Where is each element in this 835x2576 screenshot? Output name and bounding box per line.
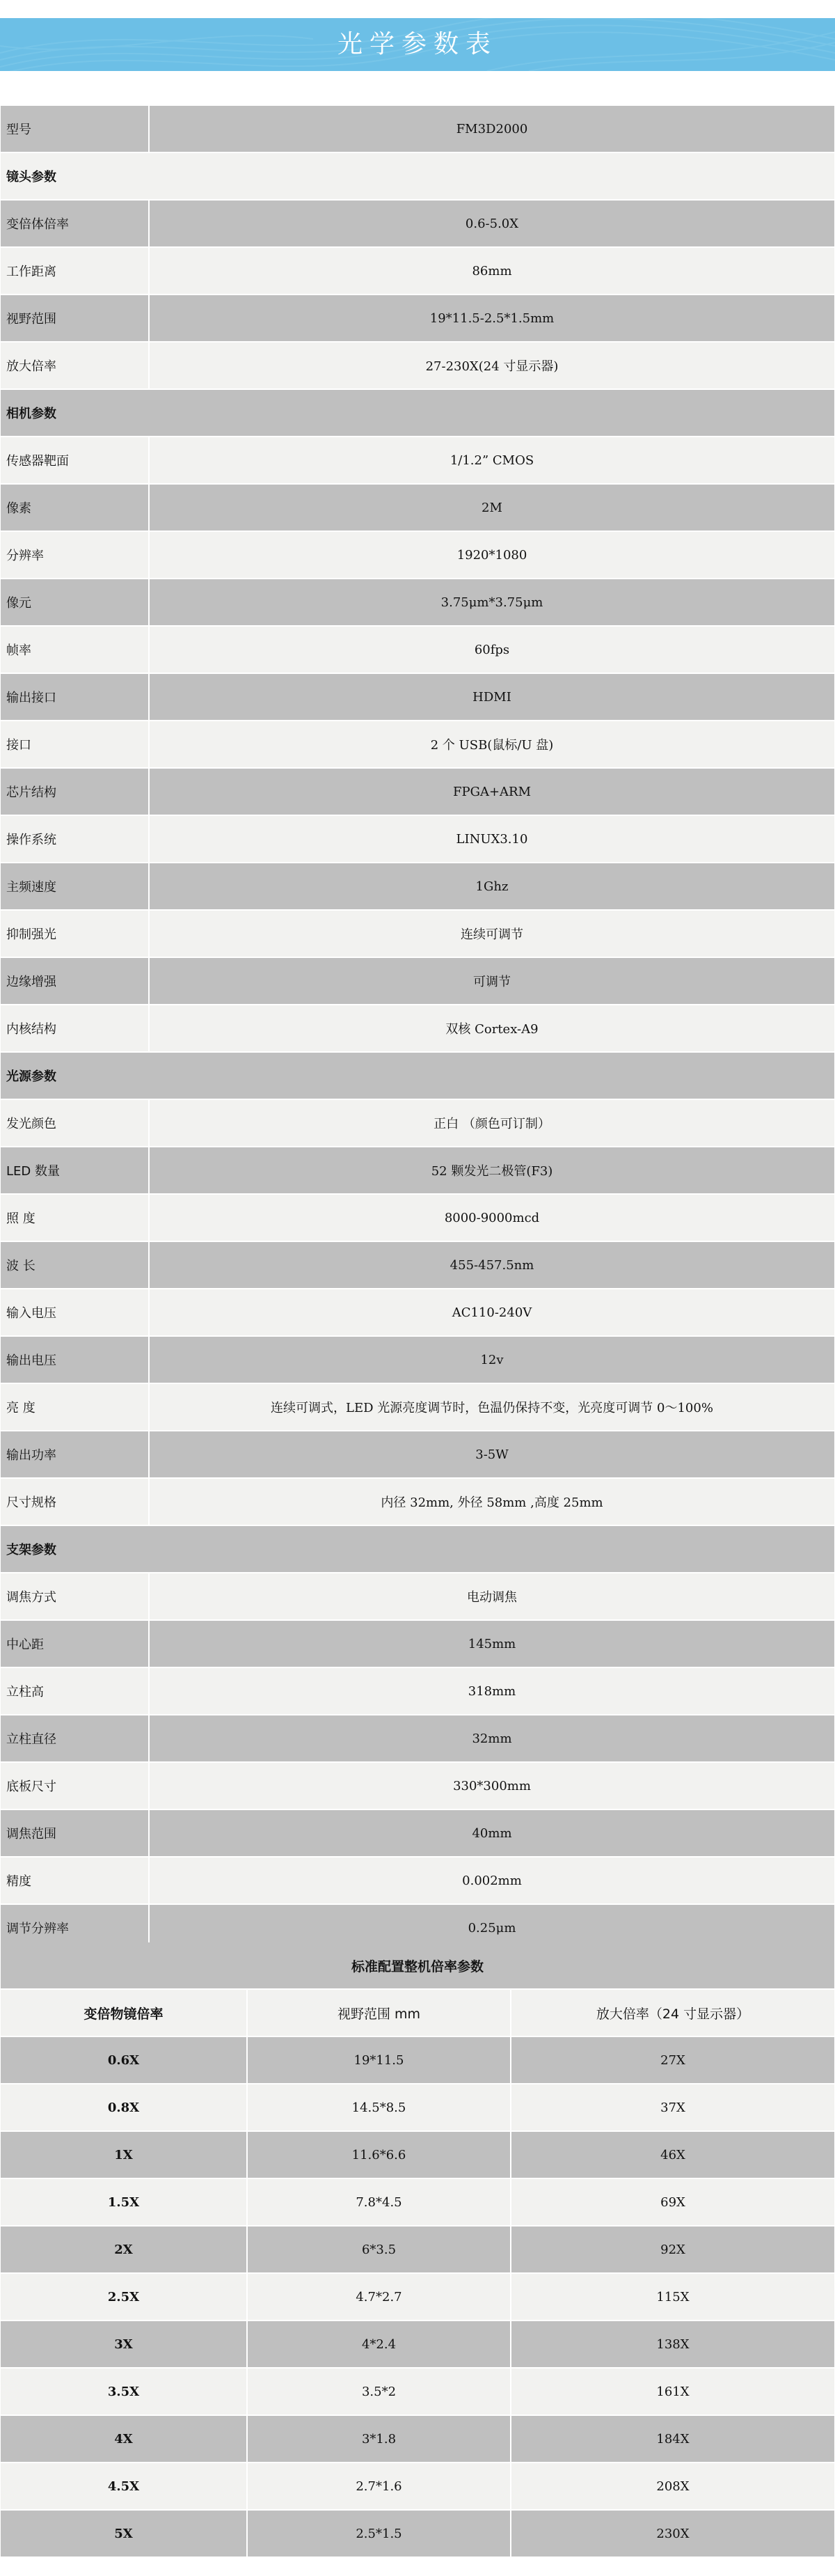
spec-value: 318mm xyxy=(150,1668,834,1714)
spec-value: 1/1.2” CMOS xyxy=(150,437,834,483)
spec-row: 接口2 个 USB(鼠标/U 盘) xyxy=(1,721,834,767)
spec-row: 抑制强光连续可调节 xyxy=(1,911,834,957)
spec-value: 2 个 USB(鼠标/U 盘) xyxy=(150,721,834,767)
mag-row: 1X11.6*6.646X xyxy=(1,2132,834,2178)
spec-row: 变倍体倍率0.6-5.0X xyxy=(1,201,834,246)
spec-row: 尺寸规格内径 32mm, 外径 58mm ,高度 25mm xyxy=(1,1479,834,1525)
spec-row: 输出电压12v xyxy=(1,1337,834,1383)
spec-value: 3.75μm*3.75μm xyxy=(150,579,834,625)
spec-row: 立柱高318mm xyxy=(1,1668,834,1714)
mag-row: 5X2.5*1.5230X xyxy=(1,2511,834,2557)
spec-label: 主频速度 xyxy=(1,863,148,909)
spec-value: 12v xyxy=(150,1337,834,1383)
spec-value: 1920*1080 xyxy=(150,532,834,578)
mag-cell: 184X xyxy=(511,2416,834,2462)
section-header: 光源参数 xyxy=(1,1053,834,1099)
mag-cell: 7.8*4.5 xyxy=(248,2179,510,2225)
mag-cell: 2X xyxy=(1,2226,246,2272)
spec-row: 操作系统LINUX3.10 xyxy=(1,816,834,862)
spec-row: 工作距离86mm xyxy=(1,248,834,294)
spec-row: 主频速度1Ghz xyxy=(1,863,834,909)
column-header: 变倍物镜倍率 xyxy=(1,1990,246,2036)
mag-cell: 2.5X xyxy=(1,2274,246,2320)
mag-row: 0.6X19*11.527X xyxy=(1,2037,834,2083)
section-title: 镜头参数 xyxy=(1,153,834,199)
spec-label: LED 数量 xyxy=(1,1147,148,1193)
spec-row: 内核结构双核 Cortex-A9 xyxy=(1,1005,834,1051)
spec-label: 输入电压 xyxy=(1,1289,148,1335)
spec-value: 60fps xyxy=(150,627,834,673)
spec-row: 底板尺寸330*300mm xyxy=(1,1763,834,1809)
spec-value: 27-230X(24 寸显示器) xyxy=(150,343,834,388)
spec-value: 455-457.5nm xyxy=(150,1242,834,1288)
spec-row: 精度0.002mm xyxy=(1,1858,834,1903)
spec-label: 工作距离 xyxy=(1,248,148,294)
spec-value: FPGA+ARM xyxy=(150,769,834,815)
spec-label: 照 度 xyxy=(1,1195,148,1241)
spec-value: 8000-9000mcd xyxy=(150,1195,834,1241)
mag-cell: 19*11.5 xyxy=(248,2037,510,2083)
column-header: 视野范围 mm xyxy=(248,1990,510,2036)
spec-value: AC110-240V xyxy=(150,1289,834,1335)
title-banner: 光学参数表 xyxy=(0,18,835,71)
spec-row: 输入电压AC110-240V xyxy=(1,1289,834,1335)
spec-label: 芯片结构 xyxy=(1,769,148,815)
spec-row: LED 数量52 颗发光二极管(F3) xyxy=(1,1147,834,1193)
spec-label: 输出接口 xyxy=(1,674,148,720)
spec-label: 抑制强光 xyxy=(1,911,148,957)
spec-label: 传感器靶面 xyxy=(1,437,148,483)
mag-row: 3.5X3.5*2161X xyxy=(1,2369,834,2414)
spec-value: 0.002mm xyxy=(150,1858,834,1903)
spec-label: 中心距 xyxy=(1,1621,148,1667)
spec-label: 放大倍率 xyxy=(1,343,148,388)
model-value: FM3D2000 xyxy=(150,106,834,152)
spec-row: 芯片结构FPGA+ARM xyxy=(1,769,834,815)
mag-cell: 3.5X xyxy=(1,2369,246,2414)
spec-row: 调焦方式电动调焦 xyxy=(1,1573,834,1619)
mag-cell: 2.5*1.5 xyxy=(248,2511,510,2557)
section-title: 相机参数 xyxy=(1,390,834,436)
mag-cell: 4.7*2.7 xyxy=(248,2274,510,2320)
mag-cell: 1.5X xyxy=(1,2179,246,2225)
spec-label: 亮 度 xyxy=(1,1384,148,1430)
spec-label: 立柱高 xyxy=(1,1668,148,1714)
mag-cell: 69X xyxy=(511,2179,834,2225)
mag-table-title: 标准配置整机倍率参数 xyxy=(1,1942,834,1988)
mag-row: 0.8X14.5*8.537X xyxy=(1,2084,834,2130)
spec-row: 像素2M xyxy=(1,485,834,531)
spec-label: 内核结构 xyxy=(1,1005,148,1051)
section-header: 镜头参数 xyxy=(1,153,834,199)
spec-value: 145mm xyxy=(150,1621,834,1667)
column-header: 放大倍率（24 寸显示器） xyxy=(511,1990,834,2036)
mag-cell: 3.5*2 xyxy=(248,2369,510,2414)
spec-row: 输出接口HDMI xyxy=(1,674,834,720)
mag-header-row: 变倍物镜倍率视野范围 mm放大倍率（24 寸显示器） xyxy=(1,1990,834,2036)
mag-cell: 14.5*8.5 xyxy=(248,2084,510,2130)
spec-row: 亮 度连续可调式，LED 光源亮度调节时，色温仍保持不变，光亮度可调节 0～10… xyxy=(1,1384,834,1430)
mag-cell: 138X xyxy=(511,2321,834,2367)
model-row: 型号FM3D2000 xyxy=(1,106,834,152)
mag-row: 2X6*3.592X xyxy=(1,2226,834,2272)
spec-row: 传感器靶面1/1.2” CMOS xyxy=(1,437,834,483)
spec-value: 330*300mm xyxy=(150,1763,834,1809)
spec-label: 波 长 xyxy=(1,1242,148,1288)
spec-value: 32mm xyxy=(150,1715,834,1761)
spec-value: 0.6-5.0X xyxy=(150,201,834,246)
mag-cell: 27X xyxy=(511,2037,834,2083)
mag-cell: 1X xyxy=(1,2132,246,2178)
spec-row: 输出功率3-5W xyxy=(1,1431,834,1477)
spec-label: 调焦范围 xyxy=(1,1810,148,1856)
mag-cell: 4.5X xyxy=(1,2463,246,2509)
spec-label: 操作系统 xyxy=(1,816,148,862)
mag-cell: 208X xyxy=(511,2463,834,2509)
spec-label: 边缘增强 xyxy=(1,958,148,1004)
mag-cell: 4*2.4 xyxy=(248,2321,510,2367)
spec-label: 接口 xyxy=(1,721,148,767)
spec-value: 正白 （颜色可订制） xyxy=(150,1100,834,1146)
mag-cell: 0.8X xyxy=(1,2084,246,2130)
spec-row: 视野范围19*11.5-2.5*1.5mm xyxy=(1,295,834,341)
spec-row: 像元3.75μm*3.75μm xyxy=(1,579,834,625)
spec-row: 分辨率1920*1080 xyxy=(1,532,834,578)
spec-row: 边缘增强可调节 xyxy=(1,958,834,1004)
spec-value: LINUX3.10 xyxy=(150,816,834,862)
section-title: 支架参数 xyxy=(1,1526,834,1572)
mag-cell: 161X xyxy=(511,2369,834,2414)
mag-cell: 2.7*1.6 xyxy=(248,2463,510,2509)
spec-label: 分辨率 xyxy=(1,532,148,578)
spec-value: 双核 Cortex-A9 xyxy=(150,1005,834,1051)
spec-row: 中心距145mm xyxy=(1,1621,834,1667)
model-label: 型号 xyxy=(1,106,148,152)
mag-cell: 11.6*6.6 xyxy=(248,2132,510,2178)
spec-row: 立柱直径32mm xyxy=(1,1715,834,1761)
mag-cell: 3*1.8 xyxy=(248,2416,510,2462)
spec-label: 尺寸规格 xyxy=(1,1479,148,1525)
spec-label: 发光颜色 xyxy=(1,1100,148,1146)
spec-value: 19*11.5-2.5*1.5mm xyxy=(150,295,834,341)
mag-cell: 37X xyxy=(511,2084,834,2130)
spec-label: 调焦方式 xyxy=(1,1573,148,1619)
spec-label: 精度 xyxy=(1,1858,148,1903)
mag-cell: 46X xyxy=(511,2132,834,2178)
spec-label: 立柱直径 xyxy=(1,1715,148,1761)
mag-cell: 92X xyxy=(511,2226,834,2272)
spec-row: 发光颜色正白 （颜色可订制） xyxy=(1,1100,834,1146)
mag-cell: 3X xyxy=(1,2321,246,2367)
mag-cell: 5X xyxy=(1,2511,246,2557)
mag-row: 4X3*1.8184X xyxy=(1,2416,834,2462)
mag-row: 1.5X7.8*4.569X xyxy=(1,2179,834,2225)
mag-cell: 6*3.5 xyxy=(248,2226,510,2272)
spec-value: 52 颗发光二极管(F3) xyxy=(150,1147,834,1193)
spec-value: 内径 32mm, 外径 58mm ,高度 25mm xyxy=(150,1479,834,1525)
spec-label: 输出功率 xyxy=(1,1431,148,1477)
spec-row: 调焦范围40mm xyxy=(1,1810,834,1856)
spec-label: 底板尺寸 xyxy=(1,1763,148,1809)
spec-label: 输出电压 xyxy=(1,1337,148,1383)
spec-value: 3-5W xyxy=(150,1431,834,1477)
mag-row: 3X4*2.4138X xyxy=(1,2321,834,2367)
spec-value: 2M xyxy=(150,485,834,531)
spec-row: 照 度8000-9000mcd xyxy=(1,1195,834,1241)
spec-label: 视野范围 xyxy=(1,295,148,341)
spec-value: 可调节 xyxy=(150,958,834,1004)
section-title: 光源参数 xyxy=(1,1053,834,1099)
spec-value: 1Ghz xyxy=(150,863,834,909)
spec-value: 86mm xyxy=(150,248,834,294)
mag-row: 2.5X4.7*2.7115X xyxy=(1,2274,834,2320)
mag-cell: 4X xyxy=(1,2416,246,2462)
mag-cell: 230X xyxy=(511,2511,834,2557)
spec-row: 波 长455-457.5nm xyxy=(1,1242,834,1288)
optical-spec-table: 型号FM3D2000镜头参数变倍体倍率0.6-5.0X工作距离86mm视野范围1… xyxy=(0,104,835,1952)
spec-label: 像素 xyxy=(1,485,148,531)
spec-value: HDMI xyxy=(150,674,834,720)
spec-row: 帧率60fps xyxy=(1,627,834,673)
section-header: 支架参数 xyxy=(1,1526,834,1572)
mag-row: 4.5X2.7*1.6208X xyxy=(1,2463,834,2509)
section-header: 相机参数 xyxy=(1,390,834,436)
magnification-table: 标准配置整机倍率参数变倍物镜倍率视野范围 mm放大倍率（24 寸显示器）0.6X… xyxy=(0,1941,835,2558)
mag-title-row: 标准配置整机倍率参数 xyxy=(1,1942,834,1988)
spec-label: 像元 xyxy=(1,579,148,625)
spec-value: 连续可调式，LED 光源亮度调节时，色温仍保持不变，光亮度可调节 0～100% xyxy=(150,1384,834,1430)
spec-label: 帧率 xyxy=(1,627,148,673)
spec-label: 变倍体倍率 xyxy=(1,201,148,246)
page-title: 光学参数表 xyxy=(0,18,835,71)
spec-value: 连续可调节 xyxy=(150,911,834,957)
spec-value: 40mm xyxy=(150,1810,834,1856)
mag-cell: 115X xyxy=(511,2274,834,2320)
spec-value: 电动调焦 xyxy=(150,1573,834,1619)
mag-cell: 0.6X xyxy=(1,2037,246,2083)
spec-row: 放大倍率27-230X(24 寸显示器) xyxy=(1,343,834,388)
